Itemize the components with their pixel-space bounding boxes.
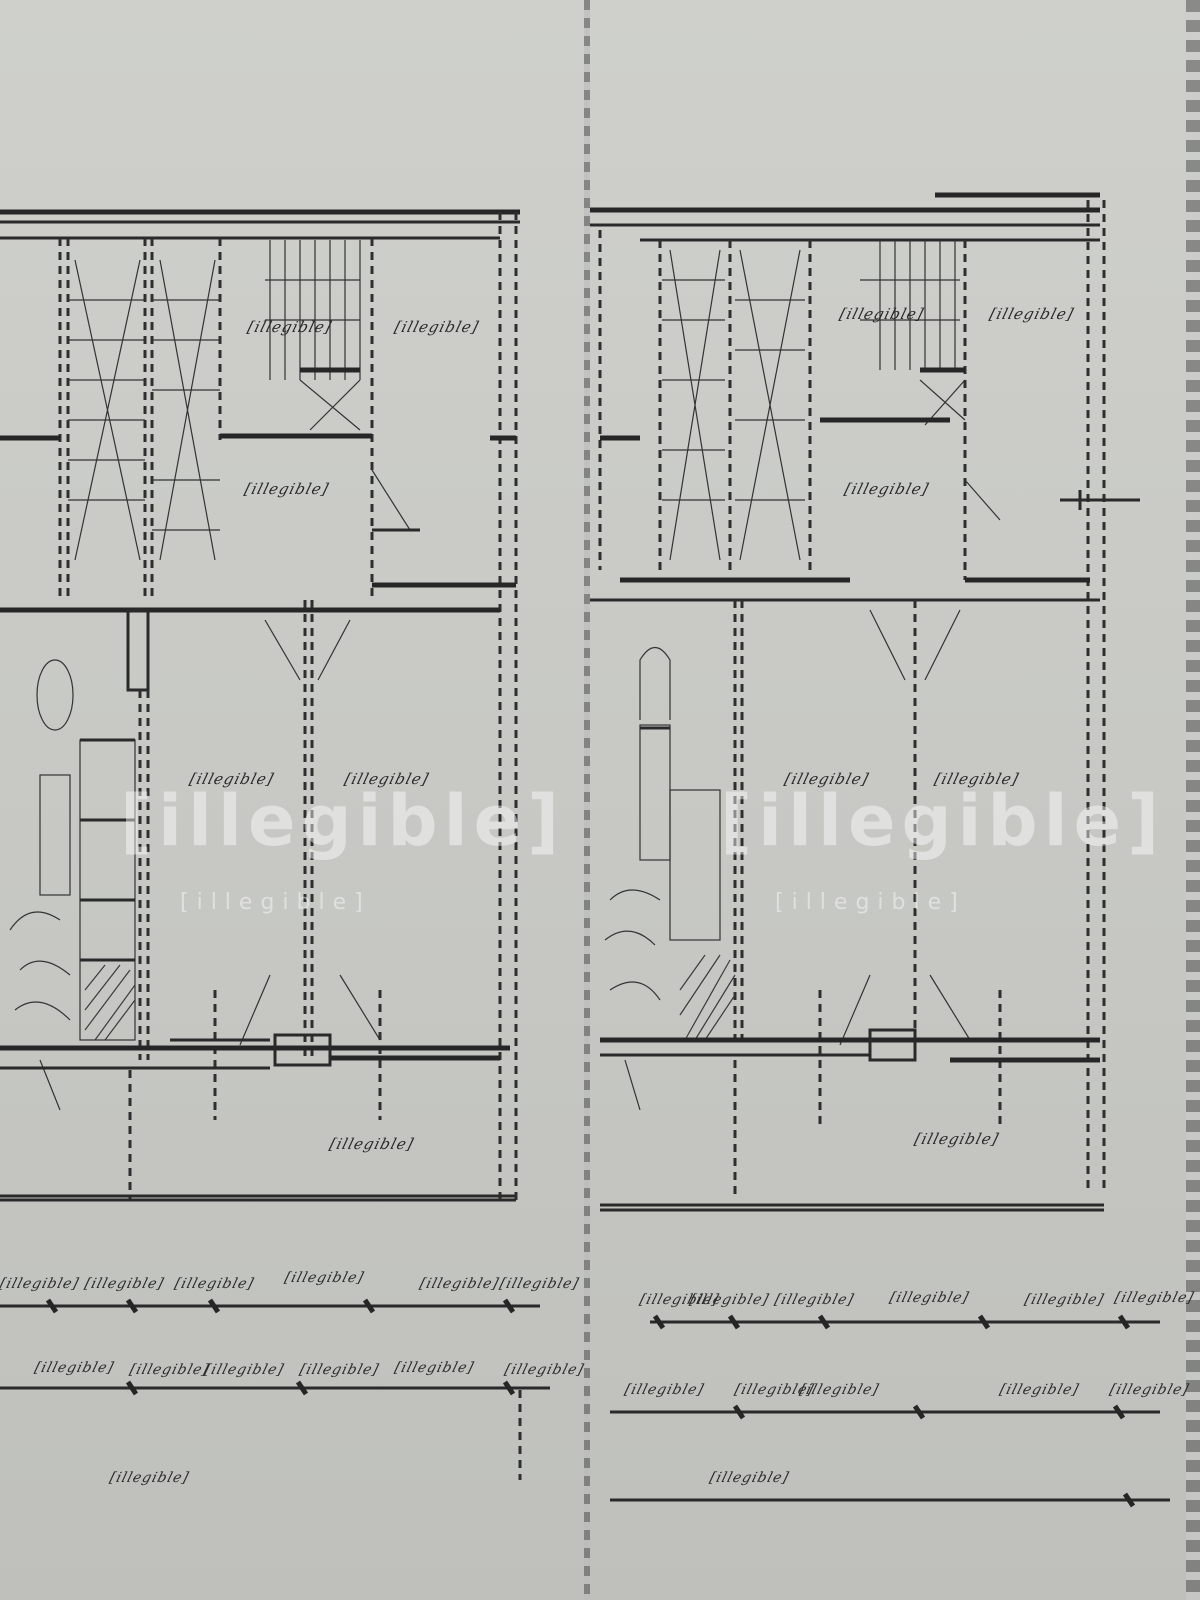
room-label-bathroom-right: [illegible] bbox=[838, 305, 926, 323]
dimension-label: [illegible] bbox=[498, 1276, 581, 1292]
dimension-label: [illegible] bbox=[128, 1362, 211, 1378]
room-label-kitchen-left: [illegible] bbox=[188, 770, 276, 788]
room-label-living-right: [illegible] bbox=[933, 770, 1021, 788]
room-label-bedroom-right: [illegible] bbox=[988, 305, 1076, 323]
room-label-balcony-right: [illegible] bbox=[913, 1130, 1001, 1148]
dimension-label: [illegible] bbox=[298, 1362, 381, 1378]
dimension-label: [illegible] bbox=[203, 1362, 286, 1378]
room-label-bathroom-left: [illegible] bbox=[246, 318, 334, 336]
room-label-bedroom-left: [illegible] bbox=[393, 318, 481, 336]
room-label-kitchen-right: [illegible] bbox=[783, 770, 871, 788]
overall-dimension-left: [illegible] bbox=[108, 1470, 191, 1486]
dimension-label: [illegible] bbox=[888, 1290, 971, 1306]
watermark-left: [illegible] bbox=[120, 780, 565, 862]
dimension-label: [illegible] bbox=[283, 1270, 366, 1286]
room-label-balcony-left: [illegible] bbox=[328, 1135, 416, 1153]
dimension-label: [illegible] bbox=[688, 1292, 771, 1308]
dimension-label: [illegible] bbox=[623, 1382, 706, 1398]
overall-dimension-right: [illegible] bbox=[708, 1470, 791, 1486]
dimension-label: [illegible] bbox=[418, 1276, 501, 1292]
room-label-hall-left: [illegible] bbox=[243, 480, 331, 498]
dimension-label: [illegible] bbox=[998, 1382, 1081, 1398]
watermark-left-subtext: [illegible] bbox=[180, 890, 371, 915]
dimension-label: [illegible] bbox=[173, 1276, 256, 1292]
dimension-label: [illegible] bbox=[1023, 1292, 1106, 1308]
dimension-label: [illegible] bbox=[1108, 1382, 1191, 1398]
dimension-label: [illegible] bbox=[503, 1362, 586, 1378]
dimension-label: [illegible] bbox=[773, 1292, 856, 1308]
watermark-right-subtext: [illegible] bbox=[775, 890, 966, 915]
dimension-label: [illegible] bbox=[1113, 1290, 1196, 1306]
watermark-right: [illegible] bbox=[720, 780, 1165, 862]
room-label-living-left: [illegible] bbox=[343, 770, 431, 788]
dimension-label: [illegible] bbox=[798, 1382, 881, 1398]
dimension-label: [illegible] bbox=[0, 1276, 81, 1292]
dimension-label: [illegible] bbox=[83, 1276, 166, 1292]
dimension-label: [illegible] bbox=[33, 1360, 116, 1376]
dimension-label: [illegible] bbox=[393, 1360, 476, 1376]
room-label-hall-right: [illegible] bbox=[843, 480, 931, 498]
